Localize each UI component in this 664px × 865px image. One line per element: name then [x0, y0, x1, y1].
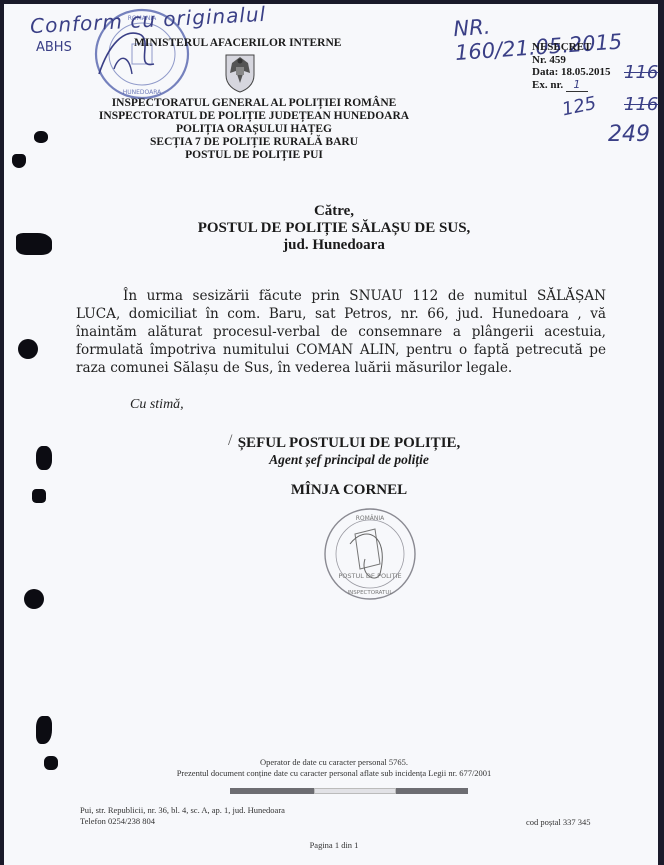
- footer-address-block: Pui, str. Republicii, nr. 36, bl. 4, sc.…: [80, 805, 285, 827]
- punch-hole: [36, 446, 52, 470]
- page-number: Pagina 1 din 1: [284, 840, 384, 850]
- punch-hole: [34, 131, 48, 143]
- document-number: Nr. 459: [532, 54, 632, 67]
- punch-hole: [24, 589, 44, 609]
- signature-scribble: [94, 24, 164, 84]
- copy-number: Ex. nr. 1: [532, 79, 632, 93]
- coat-of-arms-icon: [222, 49, 258, 93]
- round-stamp-signature: ROMÂNIA POSTUL DE POLIȚIE INSPECTORATUL: [320, 504, 420, 604]
- operator-line: Operator de date cu caracter personal 57…: [154, 757, 514, 768]
- header-line: INSPECTORATUL GENERAL AL POLIȚIEI ROMÂNE: [84, 97, 424, 110]
- handwritten-number: 116: [624, 62, 658, 83]
- handwritten-number: 116: [624, 94, 658, 115]
- privacy-notice: Prezentul document conține date cu carac…: [154, 768, 514, 779]
- recipient-salutation: Către,: [154, 203, 514, 220]
- signatory-name: MÎNJA CORNEL: [219, 482, 479, 499]
- header-line: INSPECTORATUL DE POLIȚIE JUDEȚEAN HUNEDO…: [84, 110, 424, 123]
- handwritten-number: 249: [608, 122, 650, 147]
- signatory-title: ȘEFUL POSTULUI DE POLIȚIE,: [219, 434, 479, 452]
- punch-hole: [44, 756, 58, 770]
- recipient-county: jud. Hunedoara: [154, 237, 514, 254]
- header-line: POSTUL DE POLIȚIE PUI: [84, 149, 424, 162]
- handwritten-number: 125: [560, 93, 598, 121]
- header-block: INSPECTORATUL GENERAL AL POLIȚIEI ROMÂNE…: [84, 97, 424, 162]
- svg-text:INSPECTORATUL: INSPECTORATUL: [348, 590, 394, 596]
- handwritten-initials: ABHS: [36, 40, 72, 55]
- body-paragraph: În urma sesizării făcute prin SNUAU 112 …: [76, 287, 606, 377]
- svg-text:ROMÂNIA: ROMÂNIA: [356, 515, 385, 522]
- footer-bar-right: [396, 788, 468, 794]
- footer-address: Pui, str. Republicii, nr. 36, bl. 4, sc.…: [80, 805, 285, 816]
- punch-hole: [36, 716, 52, 744]
- svg-text:HUNEDOARA: HUNEDOARA: [123, 89, 162, 96]
- document-page: ROMÂNIA HUNEDOARA Conform cu originalul …: [4, 4, 658, 865]
- punch-hole: [16, 233, 52, 255]
- copy-label: Ex. nr.: [532, 79, 563, 91]
- classification-level: NESECRET: [532, 41, 632, 54]
- punch-hole: [32, 489, 46, 503]
- signatory-block: ȘEFUL POSTULUI DE POLIȚIE, Agent șef pri…: [219, 434, 479, 499]
- footer-postal-code: cod poștal 337 345: [526, 817, 590, 827]
- classification-block: NESECRET Nr. 459 Data: 18.05.2015 Ex. nr…: [532, 41, 632, 92]
- header-line: SECȚIA 7 DE POLIȚIE RURALĂ BARU: [84, 136, 424, 149]
- copy-value: 1: [566, 79, 588, 93]
- footer-bar-middle: [314, 788, 396, 794]
- svg-text:POSTUL DE POLIȚIE: POSTUL DE POLIȚIE: [338, 572, 401, 581]
- header-line: POLIȚIA ORAȘULUI HAȚEG: [84, 123, 424, 136]
- closing-greeting: Cu stimă,: [130, 397, 184, 413]
- footer-phone: Telefon 0254/238 804: [80, 816, 285, 827]
- punch-hole: [18, 339, 38, 359]
- punch-hole: [12, 154, 26, 168]
- signatory-rank: Agent șef principal de poliție: [219, 452, 479, 468]
- recipient-name: POSTUL DE POLIȚIE SĂLAȘU DE SUS,: [154, 220, 514, 237]
- footer-bar-left: [230, 788, 314, 794]
- data-operator-notice: Operator de date cu caracter personal 57…: [154, 757, 514, 779]
- document-date: Data: 18.05.2015: [532, 66, 632, 79]
- recipient-block: Către, POSTUL DE POLIȚIE SĂLAȘU DE SUS, …: [154, 203, 514, 254]
